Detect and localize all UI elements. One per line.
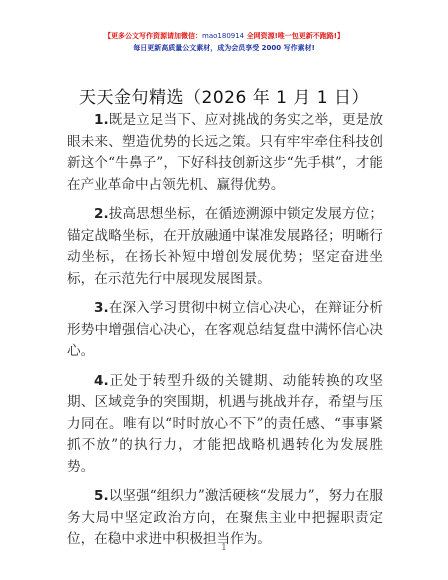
- document-page: 【更多公文写作资源请加微信：mao180914 全网资源!唯一包更新不跑路!】 …: [0, 0, 448, 580]
- paragraph-number: 3.: [94, 300, 109, 316]
- paragraph-text: 拔高思想坐标，在循迹溯源中锁定发展方位；锚定战略坐标，在开放融通中谋准发展路径；…: [67, 206, 383, 287]
- paragraph-4: 4.正处于转型升级的关键期、动能转换的攻坚期、区域竞争的突围期，机遇与挑战并存，…: [67, 371, 383, 479]
- paragraph-text: 正处于转型升级的关键期、动能转换的攻坚期、区域竞争的突围期，机遇与挑战并存，希望…: [67, 373, 383, 475]
- paragraph-3: 3.在深入学习贯彻中树立信心决心，在辩证分析形势中增强信心决心，在客观总结复盘中…: [67, 298, 383, 363]
- promo-banner-line2: 每日更新高质量公文素材，成为会员享受 2000 写作素材!: [0, 43, 448, 53]
- wechat-id: mao180914: [202, 32, 244, 40]
- paragraph-text: 在深入学习贯彻中树立信心决心，在辩证分析形势中增强信心决心，在客观总结复盘中满怀…: [67, 300, 383, 359]
- paragraph-text: 以坚强“组织力”激活硬核“发展力”，努力在服务大局中坚定政治方向，在聚焦主业中把…: [67, 488, 383, 547]
- document-body: 1.既是立足当下、应对挑战的务实之举，更是放眼未来、塑造优势的长远之策。只有牢牢…: [67, 110, 383, 559]
- paragraph-text: 既是立足当下、应对挑战的务实之举，更是放眼未来、塑造优势的长远之策。只有牢牢牵住…: [67, 112, 383, 193]
- paragraph-5: 5.以坚强“组织力”激活硬核“发展力”，努力在服务大局中坚定政治方向，在聚焦主业…: [67, 486, 383, 551]
- page-number: 1: [0, 543, 448, 553]
- paragraph-number: 2.: [94, 206, 109, 222]
- document-title: 天天金句精选（2026 年 1 月 1 日）: [0, 83, 448, 108]
- paragraph-number: 4.: [94, 373, 109, 389]
- paragraph-1: 1.既是立足当下、应对挑战的务实之举，更是放眼未来、塑造优势的长远之策。只有牢牢…: [67, 110, 383, 196]
- paragraph-number: 1.: [94, 112, 109, 128]
- promo-banner-line1: 【更多公文写作资源请加微信：mao180914 全网资源!唯一包更新不跑路!】: [0, 31, 448, 41]
- paragraph-number: 5.: [94, 488, 109, 504]
- promo-banner-suffix: 全网资源!唯一包更新不跑路!】: [244, 32, 344, 40]
- paragraph-2: 2.拔高思想坐标，在循迹溯源中锁定发展方位；锚定战略坐标，在开放融通中谋准发展路…: [67, 204, 383, 290]
- promo-banner-prefix: 【更多公文写作资源请加微信：: [104, 32, 202, 40]
